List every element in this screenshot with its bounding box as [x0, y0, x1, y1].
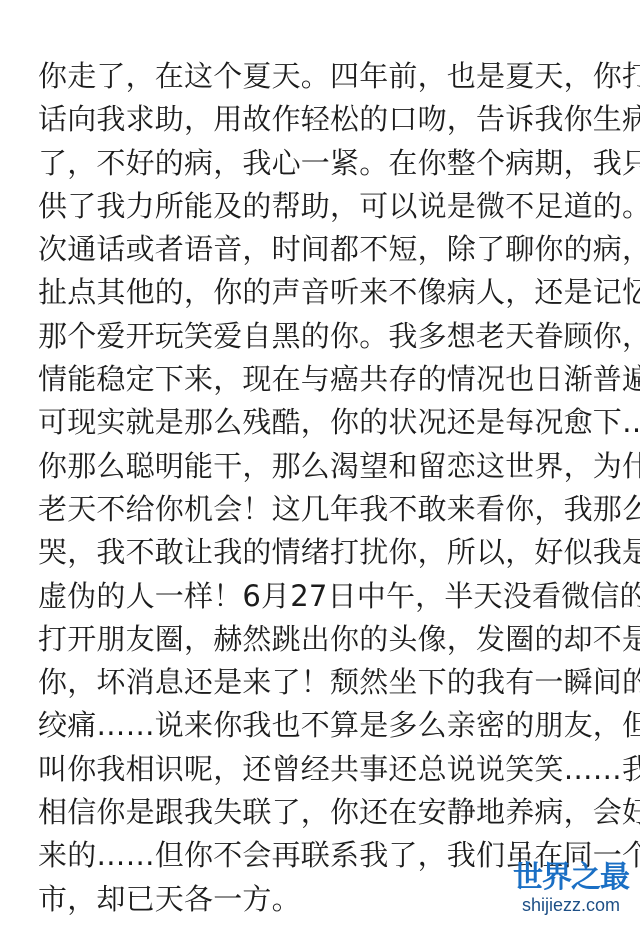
- text-line: 哭，我不敢让我的情绪打扰你，所以，好似我是个: [38, 531, 618, 574]
- text-line: 扯点其他的，你的声音听来不像病人，还是记忆中: [38, 271, 618, 314]
- text-line: 话向我求助，用故作轻松的口吻，告诉我你生病: [38, 98, 618, 141]
- document-body: 你走了，在这个夏天。四年前，也是夏天，你打电 话向我求助，用故作轻松的口吻，告诉…: [38, 55, 618, 921]
- watermark-title: 世界之最: [512, 861, 630, 895]
- text-line: 老天不给你机会！这几年我不敢来看你，我那么爱: [38, 488, 618, 531]
- text-line: 供了我力所能及的帮助，可以说是微不足道的。每: [38, 185, 618, 228]
- text-line: 虚伪的人一样！6月27日中午，半天没看微信的我: [38, 575, 618, 618]
- text-line: 打开朋友圈，赫然跳出你的头像，发圈的却不是: [38, 618, 618, 661]
- text-line: 情能稳定下来，现在与癌共存的情况也日渐普遍。: [38, 358, 618, 401]
- text-line: 你那么聪明能干，那么渴望和留恋这世界，为什么: [38, 445, 618, 488]
- watermark-url: shijiezz.com: [512, 895, 630, 915]
- text-line: 绞痛……说来你我也不算是多么亲密的朋友，但谁: [38, 704, 618, 747]
- text-line: 叫你我相识呢，还曾经共事还总说说笑笑……我总: [38, 748, 618, 791]
- text-line: 相信你是跟我失联了，你还在安静地养病，会好起: [38, 791, 618, 834]
- text-line: 可现实就是那么残酷，你的状况还是每况愈下……: [38, 401, 618, 444]
- text-line: 你走了，在这个夏天。四年前，也是夏天，你打电: [38, 55, 618, 98]
- watermark-logo: 世界之最 shijiezz.com: [512, 861, 630, 915]
- text-line: 了，不好的病，我心一紧。在你整个病期，我只提: [38, 142, 618, 185]
- text-line: 你，坏消息还是来了！颓然坐下的我有一瞬间的心: [38, 661, 618, 704]
- text-line: 那个爱开玩笑爱自黑的你。我多想老天眷顾你，病: [38, 315, 618, 358]
- text-line: 次通话或者语音，时间都不短，除了聊你的病，还: [38, 228, 618, 271]
